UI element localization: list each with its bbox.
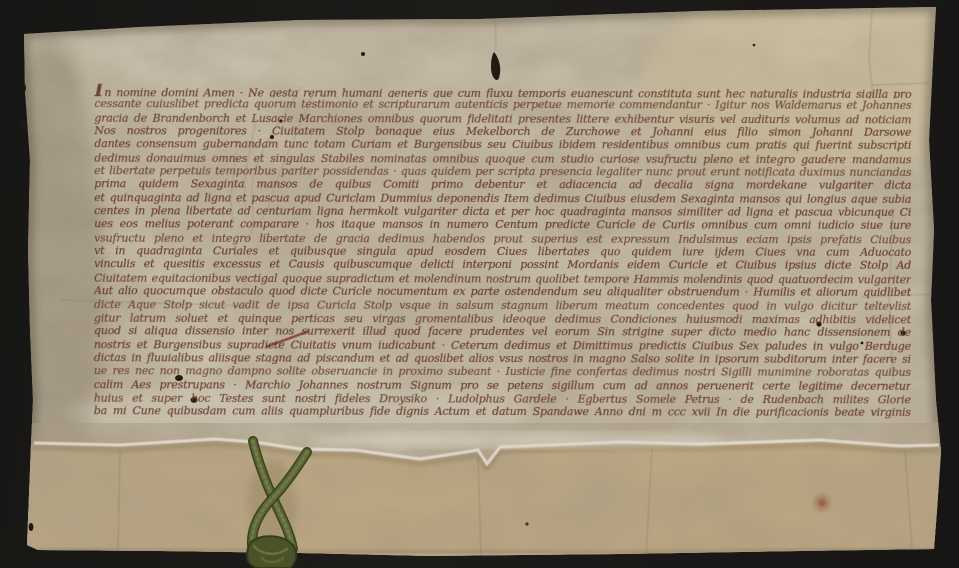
text-line: ue res nec non magno dampno solite obser… [94, 364, 911, 379]
text-line: quod si aliqua dissensio inter nos surre… [94, 324, 911, 339]
text-line: gracia de Brandenborch et Lusacie Marchi… [94, 111, 911, 126]
text-line: gitur latrum soluet et quinque perticas … [94, 311, 911, 326]
text-line: dictas in fluuialibus aliisque stagna ad… [94, 351, 911, 366]
charter-text: In nomine domini Amen · Ne gesta rerum h… [94, 84, 912, 419]
text-line: vinculis et quesitis excessus et Causis … [94, 258, 911, 273]
text-line: dicte Aque Stolp sicut vadit de ipsa Cur… [94, 297, 911, 312]
text-line: dantes consensum gubernandam tunc totam … [94, 137, 911, 152]
photo-stage: In nomine domini Amen · Ne gesta rerum h… [0, 0, 959, 568]
text-line: calim Aes prestrupans · Marchio Johannes… [94, 378, 911, 393]
text-line: vt in quadraginta Curiales et quibusque … [94, 244, 911, 259]
text-line: ba mi Cune quibusdam cum aliis quampluri… [94, 404, 911, 419]
text-line: et libertate perpetuis temporibus parite… [94, 164, 911, 179]
text-line: In nomine domini Amen · Ne gesta rerum h… [94, 84, 911, 99]
text-line: et quinquaginta ad ligna et pascua apud … [94, 191, 911, 206]
text-line: ues eos melius poterant comparare · hos … [94, 218, 911, 233]
text-line: cessante cuiuslibet predicta quorum test… [94, 97, 911, 112]
red-stain [814, 495, 830, 511]
text-line: Ciuitatem equitacionibus vectigal quoque… [94, 271, 911, 286]
